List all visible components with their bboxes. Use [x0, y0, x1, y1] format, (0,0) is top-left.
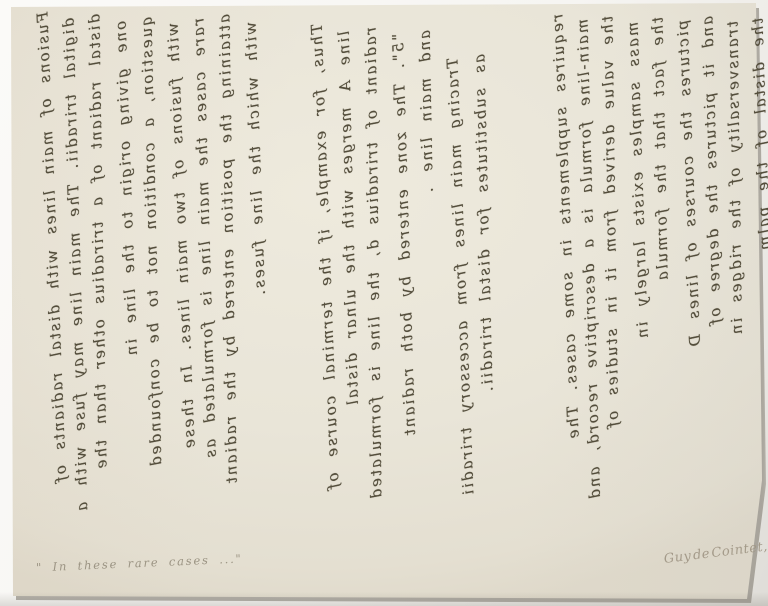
- scanned-artwork: Fusions of main lines with distal radian…: [0, 0, 768, 606]
- handwritten-line: the fact that the formula: [647, 17, 672, 282]
- handwritten-line: transversality of the ridges in: [723, 21, 747, 336]
- handwritten-line: the distal of the palm .: [747, 18, 768, 273]
- text-block-right: requires supplements in some cases. Them…: [0, 0, 768, 606]
